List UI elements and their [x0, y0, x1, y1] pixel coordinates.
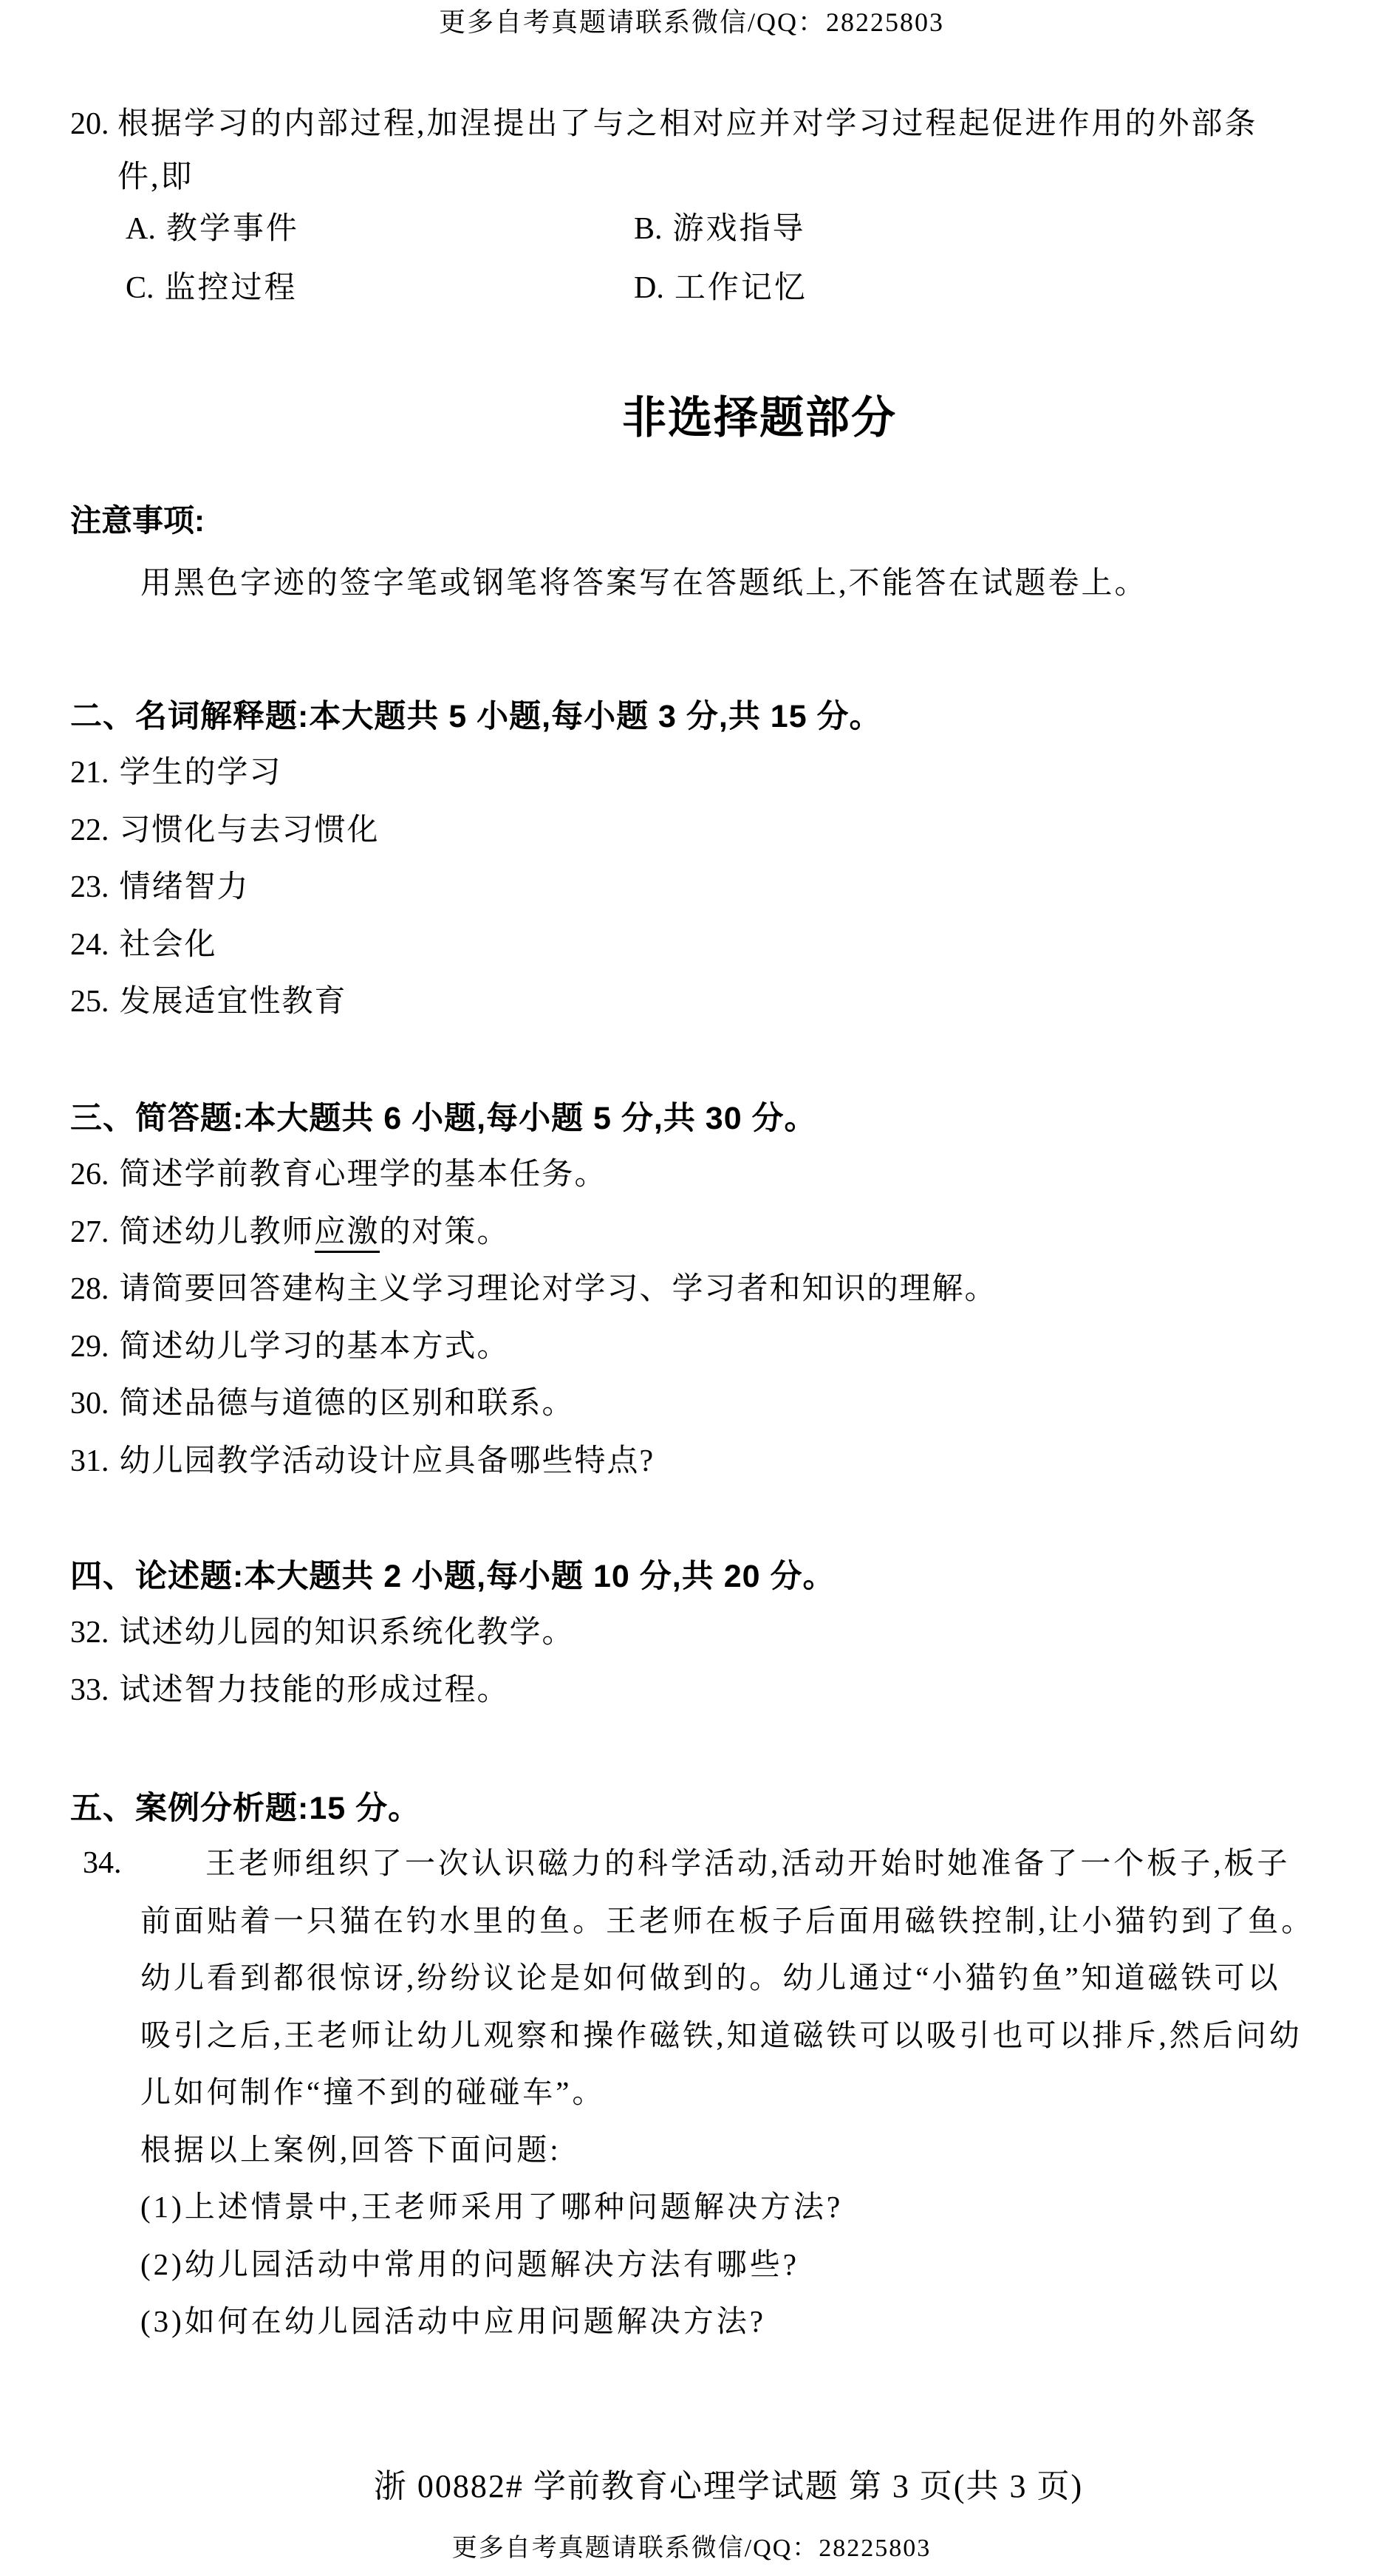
- item-21-number: 21.: [70, 756, 109, 790]
- section-4-items: 32.试述幼儿园的知识系统化教学。 33.试述智力技能的形成过程。: [70, 1605, 575, 1719]
- item-27: 27.简述幼儿教师应激的对策。: [70, 1204, 997, 1262]
- item-25-text: 发展适宜性教育: [120, 985, 347, 1019]
- item-31-text: 幼儿园教学活动设计应具备哪些特点?: [120, 1444, 655, 1478]
- item-31: 31.幼儿园教学活动设计应具备哪些特点?: [70, 1433, 997, 1491]
- item-33-text: 试述智力技能的形成过程。: [120, 1673, 510, 1707]
- question-20-text: 根据学习的内部过程,加涅提出了与之相对应并对学习过程起促进作用的外部条 件,即: [117, 98, 1337, 204]
- item-24: 24.社会化: [70, 917, 380, 974]
- question-34: 34. 王老师组织了一次认识磁力的科学活动,活动开始时她准备了一个板子,板子 前…: [83, 1835, 1345, 2351]
- item-28: 28.请简要回答建构主义学习理论对学习、学习者和知识的理解。: [70, 1261, 997, 1319]
- exam-page: 更多自考真题请联系微信/QQ：28225803 20. 根据学习的内部过程,加涅…: [0, 0, 1383, 2576]
- nonselective-part-title: 非选择题部分: [622, 394, 897, 442]
- option-b-label: B.: [634, 212, 663, 246]
- option-d: D.工作记忆: [634, 268, 807, 309]
- section-2-items: 21.学生的学习 22.习惯化与去习惯化 23.情绪智力 24.社会化 25.发…: [70, 745, 380, 1031]
- header-note: 更多自考真题请联系微信/QQ：28225803: [0, 6, 1383, 38]
- case-line-2: 前面贴着一只猫在钓水里的鱼。王老师在板子后面用磁铁控制,让小猫钓到了鱼。: [140, 1893, 1345, 1950]
- item-21-text: 学生的学习: [120, 756, 282, 790]
- item-23: 23.情绪智力: [70, 859, 380, 917]
- item-22-text: 习惯化与去习惯化: [120, 813, 380, 847]
- case-prompt: 根据以上案例,回答下面问题:: [140, 2122, 1345, 2179]
- option-c-text: 监控过程: [165, 271, 298, 305]
- item-22-number: 22.: [70, 813, 109, 847]
- item-26: 26.简述学前教育心理学的基本任务。: [70, 1147, 997, 1204]
- question-20-line-2: 件,即: [117, 151, 1337, 204]
- option-b-text: 游戏指导: [673, 212, 806, 246]
- item-28-text: 请简要回答建构主义学习理论对学习、学习者和知识的理解。: [120, 1272, 997, 1306]
- section-3-heading: 三、简答题:本大题共 6 小题,每小题 5 分,共 30 分。: [70, 1098, 817, 1139]
- item-30-text: 简述品德与道德的区别和联系。: [120, 1387, 575, 1421]
- sub-question-1: (1)上述情景中,王老师采用了哪种问题解决方法?: [140, 2179, 1345, 2236]
- notice-heading: 注意事项:: [70, 502, 205, 539]
- item-23-text: 情绪智力: [120, 870, 250, 904]
- item-27-underlined-term: 应激: [315, 1215, 380, 1253]
- item-28-number: 28.: [70, 1272, 109, 1306]
- item-29-text: 简述幼儿学习的基本方式。: [120, 1330, 510, 1364]
- case-line-1: 王老师组织了一次认识磁力的科学活动,活动开始时她准备了一个板子,板子: [140, 1835, 1345, 1893]
- item-33: 33.试述智力技能的形成过程。: [70, 1662, 575, 1720]
- option-b: B.游戏指导: [634, 209, 806, 250]
- option-c-label: C.: [126, 271, 154, 305]
- footer-title: 浙 00882# 学前教育心理学试题 第 3 页(共 3 页): [37, 2466, 1383, 2507]
- item-30: 30.简述品德与道德的区别和联系。: [70, 1376, 997, 1433]
- question-34-number: 34.: [83, 1835, 122, 1893]
- case-line-4: 吸引之后,王老师让幼儿观察和操作磁铁,知道磁铁可以吸引也可以排斥,然后问幼: [140, 2007, 1345, 2065]
- item-32-text: 试述幼儿园的知识系统化教学。: [120, 1616, 575, 1650]
- item-22: 22.习惯化与去习惯化: [70, 802, 380, 860]
- footer-note: 更多自考真题请联系微信/QQ：28225803: [0, 2532, 1383, 2565]
- item-26-number: 26.: [70, 1158, 109, 1192]
- item-29: 29.简述幼儿学习的基本方式。: [70, 1319, 997, 1376]
- section-5-heading: 五、案例分析题:15 分。: [70, 1788, 420, 1829]
- item-26-text: 简述学前教育心理学的基本任务。: [120, 1158, 607, 1192]
- item-32-number: 32.: [70, 1616, 109, 1650]
- item-33-number: 33.: [70, 1673, 109, 1707]
- item-27-text-pre: 简述幼儿教师: [120, 1215, 315, 1249]
- item-21: 21.学生的学习: [70, 745, 380, 802]
- section-2-heading: 二、名词解释题:本大题共 5 小题,每小题 3 分,共 15 分。: [70, 696, 882, 737]
- item-25-number: 25.: [70, 985, 109, 1019]
- option-a: A.教学事件: [126, 209, 299, 250]
- sub-question-2: (2)幼儿园活动中常用的问题解决方法有哪些?: [140, 2236, 1345, 2294]
- item-27-number: 27.: [70, 1215, 109, 1249]
- case-line-3: 幼儿看到都很惊讶,纷纷议论是如何做到的。幼儿通过“小猫钓鱼”知道磁铁可以: [140, 1950, 1345, 2007]
- case-line-5: 儿如何制作“撞不到的碰碰车”。: [140, 2064, 1345, 2122]
- question-20: 20. 根据学习的内部过程,加涅提出了与之相对应并对学习过程起促进作用的外部条 …: [70, 98, 1337, 204]
- option-c: C.监控过程: [126, 268, 298, 309]
- case-description: 王老师组织了一次认识磁力的科学活动,活动开始时她准备了一个板子,板子 前面贴着一…: [140, 1835, 1345, 2351]
- section-4-heading: 四、论述题:本大题共 2 小题,每小题 10 分,共 20 分。: [70, 1556, 835, 1597]
- item-27-text-post: 的对策。: [380, 1215, 510, 1249]
- sub-question-3: (3)如何在幼儿园活动中应用问题解决方法?: [140, 2293, 1345, 2351]
- question-20-line-1: 根据学习的内部过程,加涅提出了与之相对应并对学习过程起促进作用的外部条: [117, 98, 1337, 151]
- option-d-label: D.: [634, 271, 664, 305]
- option-a-label: A.: [126, 212, 156, 246]
- item-30-number: 30.: [70, 1387, 109, 1421]
- item-23-number: 23.: [70, 870, 109, 904]
- item-31-number: 31.: [70, 1444, 109, 1478]
- notice-body: 用黑色字迹的签字笔或钢笔将答案写在答题纸上,不能答在试题卷上。: [140, 564, 1148, 603]
- item-24-text: 社会化: [120, 928, 217, 962]
- item-25: 25.发展适宜性教育: [70, 974, 380, 1031]
- item-24-number: 24.: [70, 928, 109, 962]
- item-32: 32.试述幼儿园的知识系统化教学。: [70, 1605, 575, 1662]
- option-d-text: 工作记忆: [675, 271, 807, 305]
- question-20-number: 20.: [70, 98, 109, 151]
- option-a-text: 教学事件: [166, 212, 299, 246]
- section-3-items: 26.简述学前教育心理学的基本任务。 27.简述幼儿教师应激的对策。 28.请简…: [70, 1147, 997, 1490]
- item-29-number: 29.: [70, 1330, 109, 1364]
- question-20-options: A.教学事件 B.游戏指导 C.监控过程 D.工作记忆: [126, 209, 1234, 312]
